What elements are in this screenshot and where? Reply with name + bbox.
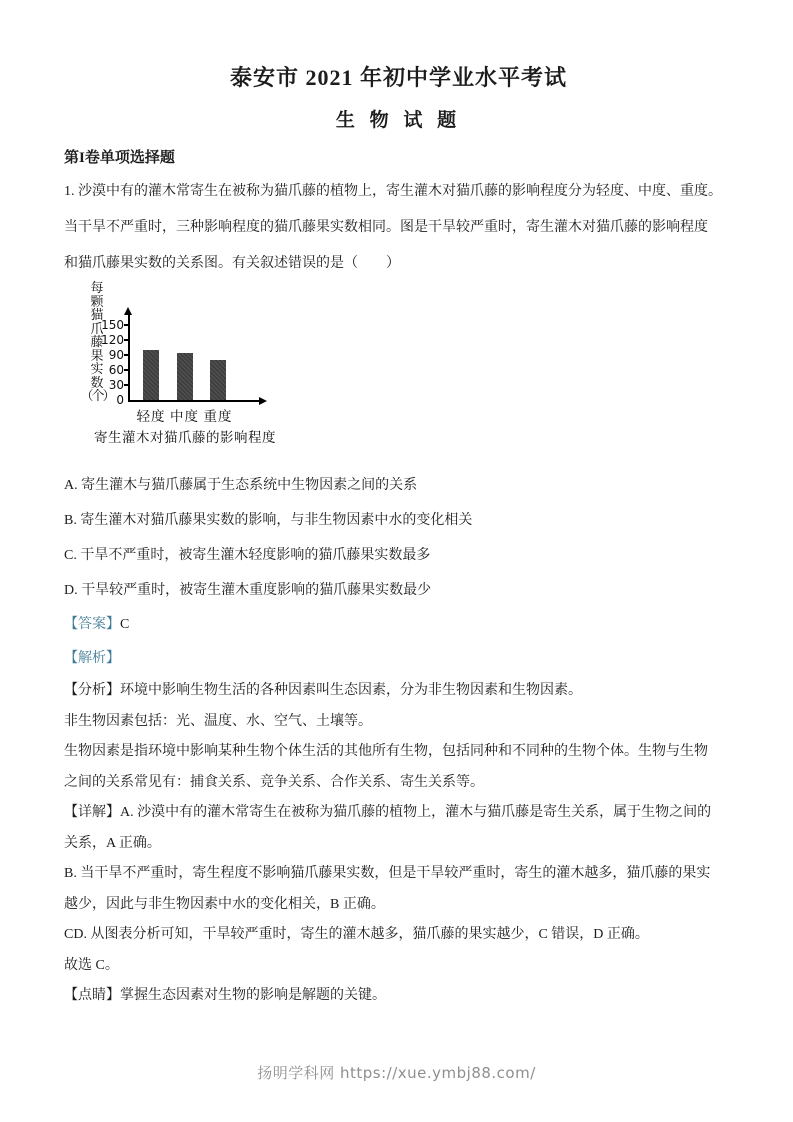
bar-chart: 每颗猫爪藤果实数（个） 0306090120150轻度中度重度 寄生灌木对猫爪藤… [76,282,376,454]
option-d: D. 干旱较严重时，被寄生灌木重度影响的猫爪藤果实数最少 [64,573,733,608]
y-tick-mark [124,339,130,341]
y-tick-label: 60 [92,363,124,377]
chart-x-axis-arrow-icon [259,397,267,405]
explanation-line: 关系，A 正确。 [64,829,733,860]
x-category-label: 轻度 [134,405,168,425]
y-tick-mark [124,354,130,356]
footer-watermark: 扬明学科网 https://xue.ymbj88.com/ [0,1062,793,1083]
chart-x-axis-title: 寄生灌木对猫爪藤的影响程度 [94,426,276,446]
page-subtitle: 生 物 试 题 [64,108,733,134]
y-axis-label-char: 每 [86,282,108,296]
y-tick-label: 30 [92,378,124,392]
y-tick-label: 90 [92,348,124,362]
explanation-line: 【详解】A. 沙漠中有的灌木常寄生在被称为猫爪藤的植物上，灌木与猫爪藤是寄生关系… [64,798,733,829]
x-category-label: 重度 [201,405,235,425]
explanation-line: 【分析】环境中影响生物生活的各种因素叫生态因素，分为非生物因素和生物因素。 [64,676,733,707]
question-line: 1. 沙漠中有的灌木常寄生在被称为猫爪藤的植物上，寄生灌木对猫爪藤的影响程度分为… [64,174,733,210]
x-category-label: 中度 [168,405,202,425]
analysis-header-line: 【解析】 [64,642,733,676]
option-c: C. 干旱不严重时，被寄生灌木轻度影响的猫爪藤果实数最多 [64,538,733,573]
explanation-line: 越少，因此与非生物因素中水的变化相关，B 正确。 [64,890,733,921]
page-content: 泰安市 2021 年初中学业水平考试 生 物 试 题 第I卷单项选择题 1. 沙… [0,0,793,1012]
y-tick-label: 150 [92,318,124,332]
answer-value: C [120,617,129,632]
exam-page: 泰安市 2021 年初中学业水平考试 生 物 试 题 第I卷单项选择题 1. 沙… [0,0,793,1122]
chart-y-axis-line [128,314,130,401]
explanation-block: 【分析】环境中影响生物生活的各种因素叫生态因素，分为非生物因素和生物因素。 非生… [64,676,733,1012]
chart-x-axis-line [128,400,260,402]
answer-label: 【答案】 [64,617,120,632]
explanation-line: 之间的关系常见有：捕食关系、竞争关系、合作关系、寄生关系等。 [64,768,733,799]
answer-line: 【答案】C [64,608,733,642]
explanation-line: B. 当干旱不严重时，寄生程度不影响猫爪藤果实数，但是干旱较严重时，寄生的灌木越… [64,859,733,890]
y-tick-mark [124,324,130,326]
chart-bar [210,360,226,400]
y-axis-label-char: 颗 [86,296,108,310]
analysis-label: 【解析】 [64,651,120,666]
section-header: 第I卷单项选择题 [64,146,733,170]
explanation-line: 【点睛】掌握生态因素对生物的影响是解题的关键。 [64,981,733,1012]
answer-block: 【答案】C 【解析】 [64,608,733,676]
explanation-line: 生物因素是指环境中影响某种生物个体生活的其他所有生物，包括同种和不同种的生物个体… [64,737,733,768]
question-line: 当干旱不严重时，三种影响程度的猫爪藤果实数相同。图是干旱较严重时，寄生灌木对猫爪… [64,210,733,246]
option-a: A. 寄生灌木与猫爪藤属于生态系统中生物因素之间的关系 [64,468,733,503]
y-tick-mark [124,384,130,386]
y-tick-mark [124,369,130,371]
chart-bar [143,350,159,400]
chart-y-axis-arrow-icon [124,307,132,315]
question-line: 和猫爪藤果实数的关系图。有关叙述错误的是（ ） [64,246,733,282]
y-tick-label: 120 [92,333,124,347]
question-1: 1. 沙漠中有的灌木常寄生在被称为猫爪藤的植物上，寄生灌木对猫爪藤的影响程度分为… [64,174,733,282]
y-tick-label: 0 [92,393,124,407]
explanation-line: CD. 从图表分析可知，干旱较严重时，寄生的灌木越多，猫爪藤的果实越少，C 错误… [64,920,733,951]
page-title: 泰安市 2021 年初中学业水平考试 [64,64,733,92]
explanation-line: 非生物因素包括：光、温度、水、空气、土壤等。 [64,707,733,738]
chart-bar [177,353,193,401]
option-b: B. 寄生灌木对猫爪藤果实数的影响，与非生物因素中水的变化相关 [64,503,733,538]
explanation-line: 故选 C。 [64,951,733,982]
option-list: A. 寄生灌木与猫爪藤属于生态系统中生物因素之间的关系 B. 寄生灌木对猫爪藤果… [64,468,733,608]
